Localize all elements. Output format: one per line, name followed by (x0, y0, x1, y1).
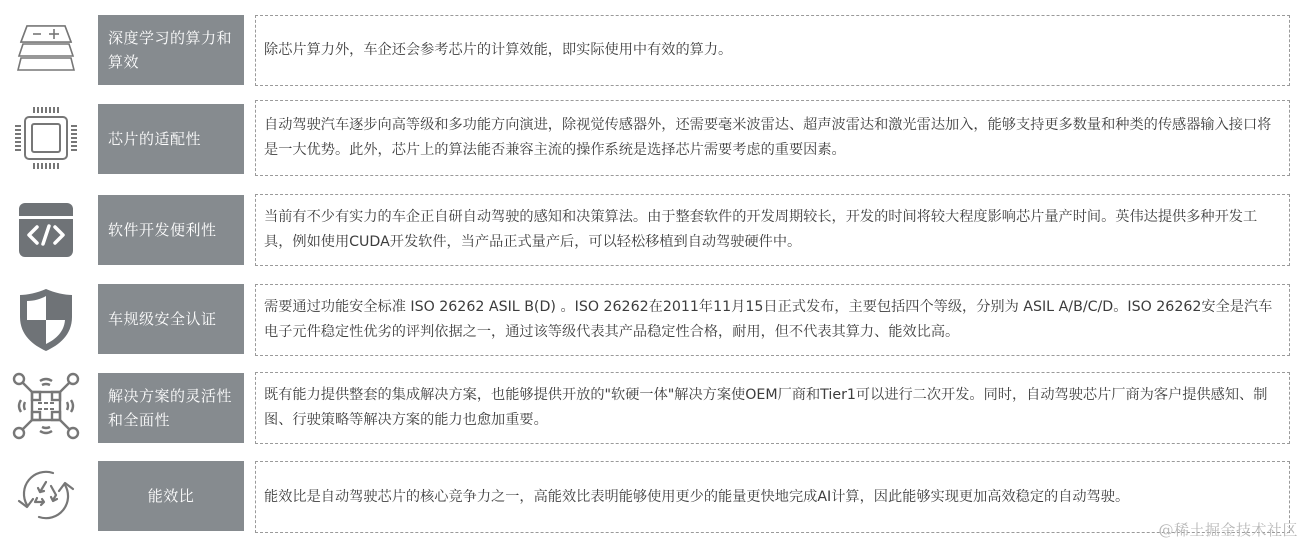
row-label: 芯片的适配性 (98, 104, 244, 174)
row-description: 既有能力提供整套的集成解决方案，也能够提供开放的"软硬一体"解决方案使OEM厂商… (255, 372, 1290, 444)
row-description: 能效比是自动驾驶芯片的核心竞争力之一，高能效比表明能够使用更少的能量更快地完成A… (255, 461, 1290, 533)
row-label: 能效比 (98, 461, 244, 531)
row-label: 解决方案的灵活性和全面性 (98, 373, 244, 443)
shield-icon (10, 284, 82, 356)
network-solution-icon (10, 370, 82, 442)
watermark: @稀土掘金技术社区 (1158, 519, 1298, 540)
row-label: 车规级安全认证 (98, 284, 244, 354)
code-window-icon (10, 198, 82, 262)
row-description: 自动驾驶汽车逐步向高等级和多功能方向演进，除视觉传感器外，还需要毫米波雷达、超声… (255, 100, 1290, 176)
recycle-icon (10, 462, 82, 528)
row-label: 深度学习的算力和算效 (98, 15, 244, 85)
row-description: 除芯片算力外，车企还会参考芯片的计算效能，即实际使用中有效的算力。 (255, 15, 1290, 86)
layers-plus-minus-icon (10, 18, 82, 78)
row-label: 软件开发便利性 (98, 195, 244, 265)
chip-icon (10, 102, 82, 174)
row-description: 需要通过功能安全标准 ISO 26262 ASIL B(D) 。ISO 2626… (255, 284, 1290, 356)
row-description: 当前有不少有实力的车企正自研自动驾驶的感知和决策算法。由于整套软件的开发周期较长… (255, 194, 1290, 266)
